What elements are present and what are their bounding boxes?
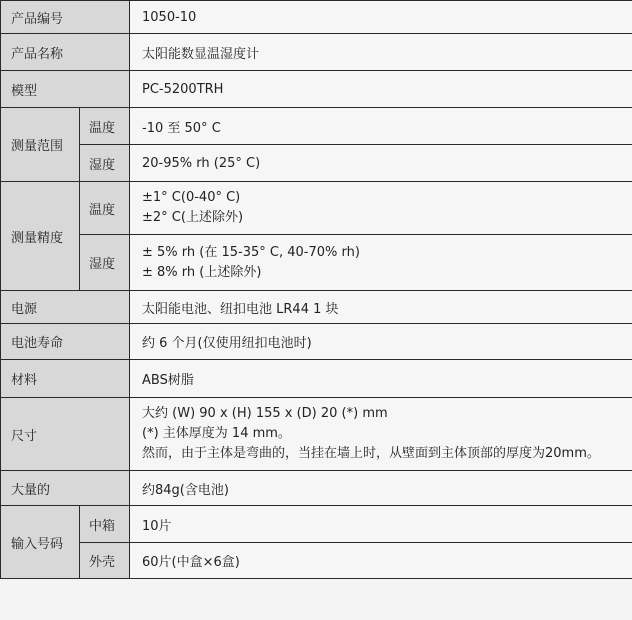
table-row-weight: 大量的 约84g(含电池) (1, 471, 632, 506)
accuracy-humidity-line-2: ± 8% rh (上述除外) (142, 263, 632, 283)
sub-label-inner-box: 中箱 (80, 506, 130, 543)
sub-label-accuracy-temperature: 温度 (80, 182, 130, 235)
row-label-model: 模型 (1, 71, 130, 108)
row-label-packing: 输入号码 (1, 506, 80, 579)
page-background: 产品编号 1050-10 产品名称 太阳能数显温湿度计 模型 PC-5200TR… (0, 0, 632, 620)
table-row-range-temperature: 测量范围 温度 -10 至 50° C (1, 108, 632, 145)
row-label-material: 材料 (1, 360, 130, 398)
table-row-model: 模型 PC-5200TRH (1, 71, 632, 108)
value-power: 太阳能电池、纽扣电池 LR44 1 块 (130, 291, 632, 324)
value-carton: 60片(中盒×6盒) (130, 543, 632, 579)
table-row-product-code: 产品编号 1050-10 (1, 1, 632, 34)
table-row-material: 材料 ABS树脂 (1, 360, 632, 398)
spec-table: 产品编号 1050-10 产品名称 太阳能数显温湿度计 模型 PC-5200TR… (0, 0, 632, 579)
value-product-name: 太阳能数显温湿度计 (130, 34, 632, 71)
sub-label-range-humidity: 湿度 (80, 145, 130, 182)
dimensions-line-3: 然而，由于主体是弯曲的，当挂在墙上时，从壁面到主体顶部的厚度为20mm。 (142, 444, 632, 464)
table-row-accuracy-temperature: 测量精度 温度 ±1° C(0-40° C) ±2° C(上述除外) (1, 182, 632, 235)
value-material: ABS树脂 (130, 360, 632, 398)
table-row-accuracy-humidity: 湿度 ± 5% rh (在 15-35° C, 40-70% rh) ± 8% … (1, 235, 632, 291)
accuracy-temperature-line-2: ±2° C(上述除外) (142, 208, 632, 228)
table-row-dimensions: 尺寸 大约 (W) 90 x (H) 155 x (D) 20 (*) mm (… (1, 398, 632, 471)
value-range-temperature: -10 至 50° C (130, 108, 632, 145)
table-row-battery-life: 电池寿命 约 6 个月(仅使用纽扣电池时) (1, 324, 632, 360)
table-row-product-name: 产品名称 太阳能数显温湿度计 (1, 34, 632, 71)
spec-table-container: 产品编号 1050-10 产品名称 太阳能数显温湿度计 模型 PC-5200TR… (0, 0, 632, 579)
table-row-range-humidity: 湿度 20-95% rh (25° C) (1, 145, 632, 182)
accuracy-humidity-line-1: ± 5% rh (在 15-35° C, 40-70% rh) (142, 243, 632, 263)
dimensions-line-2: (*) 主体厚度为 14 mm。 (142, 424, 632, 444)
row-label-weight: 大量的 (1, 471, 130, 506)
row-label-power: 电源 (1, 291, 130, 324)
value-range-humidity: 20-95% rh (25° C) (130, 145, 632, 182)
accuracy-temperature-line-1: ±1° C(0-40° C) (142, 188, 632, 208)
value-battery-life: 约 6 个月(仅使用纽扣电池时) (130, 324, 632, 360)
row-label-battery-life: 电池寿命 (1, 324, 130, 360)
table-row-packing-carton: 外壳 60片(中盒×6盒) (1, 543, 632, 579)
sub-label-carton: 外壳 (80, 543, 130, 579)
row-label-product-name: 产品名称 (1, 34, 130, 71)
value-accuracy-humidity: ± 5% rh (在 15-35° C, 40-70% rh) ± 8% rh … (130, 235, 632, 291)
dimensions-line-1: 大约 (W) 90 x (H) 155 x (D) 20 (*) mm (142, 404, 632, 424)
sub-label-range-temperature: 温度 (80, 108, 130, 145)
value-dimensions: 大约 (W) 90 x (H) 155 x (D) 20 (*) mm (*) … (130, 398, 632, 471)
value-model: PC-5200TRH (130, 71, 632, 108)
row-label-measure-accuracy: 测量精度 (1, 182, 80, 291)
value-weight: 约84g(含电池) (130, 471, 632, 506)
table-row-packing-inner-box: 输入号码 中箱 10片 (1, 506, 632, 543)
sub-label-accuracy-humidity: 湿度 (80, 235, 130, 291)
row-label-product-code: 产品编号 (1, 1, 130, 34)
table-row-power: 电源 太阳能电池、纽扣电池 LR44 1 块 (1, 291, 632, 324)
value-accuracy-temperature: ±1° C(0-40° C) ±2° C(上述除外) (130, 182, 632, 235)
row-label-dimensions: 尺寸 (1, 398, 130, 471)
value-inner-box: 10片 (130, 506, 632, 543)
row-label-measure-range: 测量范围 (1, 108, 80, 182)
value-product-code: 1050-10 (130, 1, 632, 34)
